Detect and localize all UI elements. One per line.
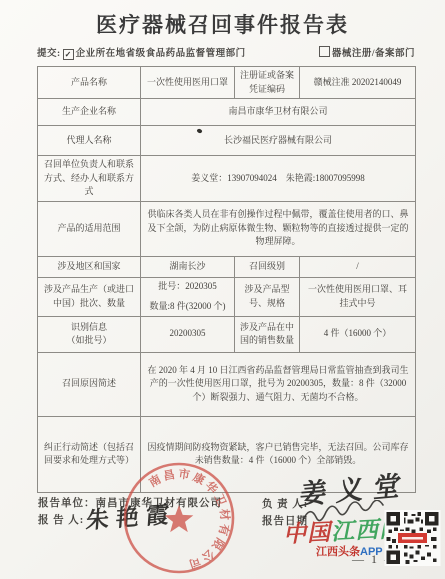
scope-value: 供临床各类人员在非有创操作过程中佩带，覆盖住使用者的口、鼻及下全颌，为防止病原体… bbox=[141, 201, 416, 256]
identification-label-line2: （如批号） bbox=[43, 334, 135, 348]
row-reason: 召回原因简述 在 2020 年 4 月 10 日江西省药品监督管理局日常监管抽查… bbox=[38, 352, 416, 416]
recall-level-label: 召回级别 bbox=[235, 256, 300, 277]
checkbox-checked-icon: ✓ bbox=[63, 49, 74, 60]
cert-value: 赣械注准 20202140049 bbox=[300, 67, 416, 99]
row-product-name: 产品名称 一次性使用医用口罩 注册证或备案 凭证编码 赣械注准 20202140… bbox=[38, 67, 416, 99]
reason-value: 在 2020 年 4 月 10 日江西省药品监督管理局日常监管抽查到我司生产的一… bbox=[141, 352, 416, 416]
batch-quantity: 数量:8 件(32000 个) bbox=[146, 300, 229, 314]
agent-label: 代理人名称 bbox=[38, 126, 141, 156]
row-identification: 识别信息 （如批号） 20200305 涉及产品在中国的销售数量 4 件（160… bbox=[38, 316, 416, 352]
recall-report-table: 产品名称 一次性使用医用口罩 注册证或备案 凭证编码 赣械注准 20202140… bbox=[37, 66, 416, 493]
batch-value: 批号：2020305 数量:8 件(32000 个) bbox=[141, 277, 235, 316]
submit-option-province: 提交:✓企业所在地省级食品药品监督管理部门 bbox=[37, 45, 246, 60]
product-name-label: 产品名称 bbox=[38, 67, 141, 99]
contact-label: 召回单位负责人和联系方式、经办人和联系方式 bbox=[38, 156, 141, 202]
product-name-value: 一次性使用医用口罩 bbox=[141, 67, 235, 99]
scanned-recall-report: 医疗器械召回事件报告表 提交:✓企业所在地省级食品药品监督管理部门 器械注册/备… bbox=[0, 0, 445, 579]
identification-value: 20200305 bbox=[141, 316, 235, 352]
seal-star-icon bbox=[165, 505, 194, 532]
page-title: 医疗器械召回事件报告表 bbox=[0, 9, 445, 39]
qr-code bbox=[384, 510, 441, 566]
submit-option1-label: 企业所在地省级食品药品监督管理部门 bbox=[76, 49, 246, 59]
submit-label: 提交: bbox=[37, 49, 61, 59]
identification-label-line1: 识别信息 bbox=[43, 321, 135, 335]
sales-label: 涉及产品在中国的销售数量 bbox=[235, 316, 300, 352]
region-label: 涉及地区和国家 bbox=[38, 256, 141, 277]
identification-label: 识别信息 （如批号） bbox=[38, 316, 141, 352]
cert-label: 注册证或备案 凭证编码 bbox=[235, 67, 300, 99]
contact-value: 姜义堂：13907094024 朱艳霞:18007095998 bbox=[141, 156, 416, 202]
checkbox-empty-icon bbox=[319, 46, 330, 57]
manufacturer-value: 南昌市康华卫材有限公司 bbox=[141, 99, 416, 126]
cert-label-line2: 凭证编码 bbox=[240, 83, 294, 97]
row-manufacturer: 生产企业名称 南昌市康华卫材有限公司 bbox=[38, 99, 416, 126]
agent-value: 长沙福民医疗器械有限公司 bbox=[141, 126, 416, 156]
batch-label: 涉及产品生产（或进口中国）批次、数量 bbox=[38, 277, 141, 316]
submit-line: 提交:✓企业所在地省级食品药品监督管理部门 器械注册/备案部门 bbox=[37, 45, 415, 60]
reporter-label: 报 告 人: bbox=[38, 512, 84, 527]
row-contact: 召回单位负责人和联系方式、经办人和联系方式 姜义堂：13907094024 朱艳… bbox=[38, 156, 416, 202]
model-label: 涉及产品型号、规格 bbox=[235, 277, 300, 316]
cert-label-line1: 注册证或备案 bbox=[240, 69, 294, 83]
sales-value: 4 件（16000 个） bbox=[300, 316, 416, 352]
check-icon: ✓ bbox=[65, 50, 72, 59]
row-agent: 代理人名称 长沙福民医疗器械有限公司 bbox=[38, 126, 416, 156]
row-scope: 产品的适用范围 供临床各类人员在非有创操作过程中佩带，覆盖住使用者的口、鼻及下全… bbox=[38, 201, 416, 256]
reason-label: 召回原因简述 bbox=[38, 352, 141, 416]
scope-label: 产品的适用范围 bbox=[38, 201, 141, 256]
manufacturer-label: 生产企业名称 bbox=[38, 99, 141, 126]
submit-option2-label: 器械注册/备案部门 bbox=[332, 49, 415, 59]
company-seal-stamp: 南昌市康华卫材有限公司 bbox=[118, 458, 240, 578]
row-batch: 涉及产品生产（或进口中国）批次、数量 批号：2020305 数量:8 件(320… bbox=[38, 277, 416, 316]
model-value: 一次性使用医用口罩、耳挂式中号 bbox=[300, 277, 416, 316]
row-region: 涉及地区和国家 湖南长沙 召回级别 / bbox=[38, 256, 416, 277]
submit-option-registration: 器械注册/备案部门 bbox=[317, 45, 415, 60]
batch-number: 批号：2020305 bbox=[146, 280, 229, 294]
region-value: 湖南长沙 bbox=[141, 256, 235, 277]
recall-level-value: / bbox=[300, 256, 416, 277]
